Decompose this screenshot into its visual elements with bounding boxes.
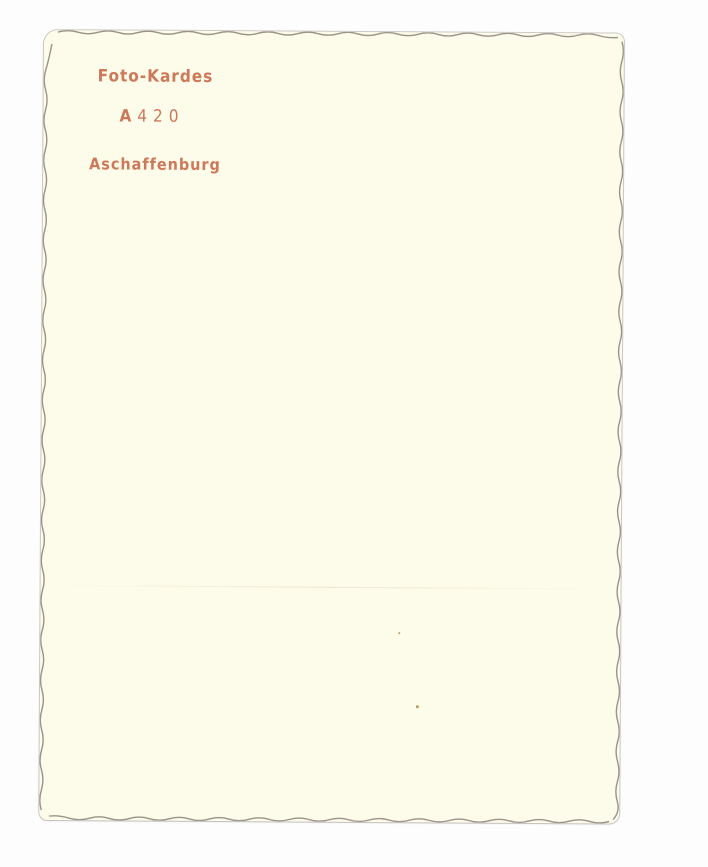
paper-speck bbox=[398, 632, 400, 634]
stamp-studio-name: Foto-Kardes bbox=[98, 66, 214, 87]
deckled-edge bbox=[39, 30, 624, 824]
photo-back-card: Foto-Kardes A420 Aschaffenburg bbox=[39, 30, 624, 824]
crease-line bbox=[49, 585, 613, 589]
stamp-city: Aschaffenburg bbox=[89, 154, 221, 174]
stamp-number-digits: 420 bbox=[137, 107, 184, 127]
stamp-number-prefix: A bbox=[119, 106, 137, 126]
paper-speck bbox=[416, 705, 419, 708]
stamp-number: A420 bbox=[119, 106, 184, 126]
